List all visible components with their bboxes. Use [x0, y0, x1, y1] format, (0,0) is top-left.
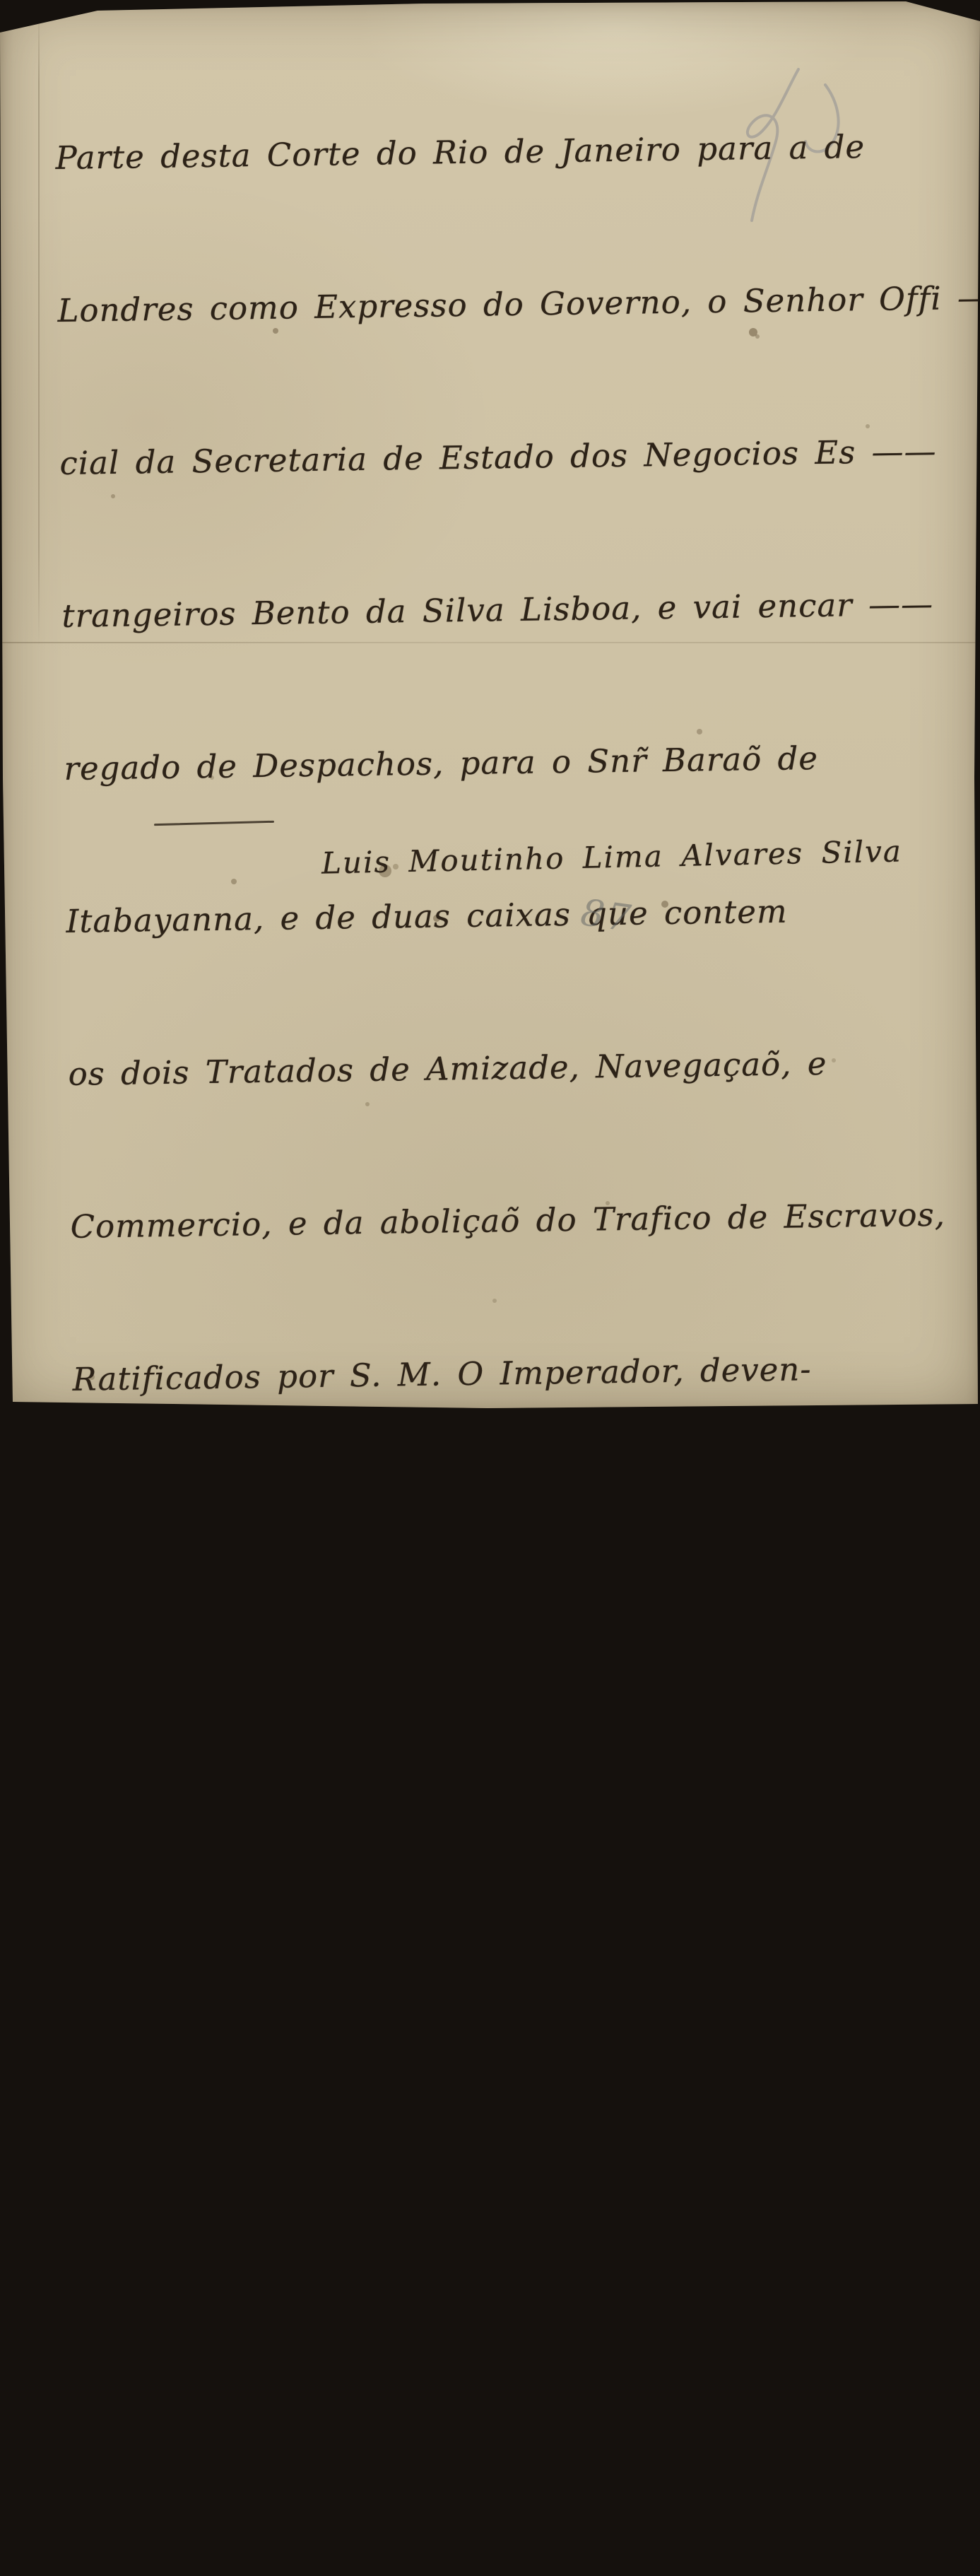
manuscript-page: Parte desta Corte do Rio de Janeiro para… [0, 0, 980, 1413]
manuscript-line: trangeiros Bento da Silva Lisboa, e vai … [61, 578, 963, 642]
letter-body: Parte desta Corte do Rio de Janeiro para… [54, 18, 980, 1413]
manuscript-line: Parte desta Corte do Rio de Janeiro para… [55, 120, 957, 184]
manuscript-line: regado de Despachos, para o Snr̃ Baraõ d… [64, 731, 965, 795]
manuscript-line: Commercio, e da aboliçaõ do Trafico de E… [70, 1189, 972, 1253]
fold-crease-vertical [38, 6, 40, 645]
manuscript-line: Itabayanna, e de duas caixas que contem [66, 884, 967, 947]
manuscript-line: os dois Tratados de Amizade, Navegaçaõ, … [68, 1036, 969, 1100]
pencil-annotation: 87 [578, 891, 636, 941]
manuscript-line: Ratificados por S. M. O Imperador, deven… [72, 1342, 974, 1405]
manuscript-line: cial da Secretaria de Estado dos Negocio… [59, 426, 961, 489]
manuscript-line: Londres como Expresso do Governo, o Senh… [57, 273, 959, 336]
